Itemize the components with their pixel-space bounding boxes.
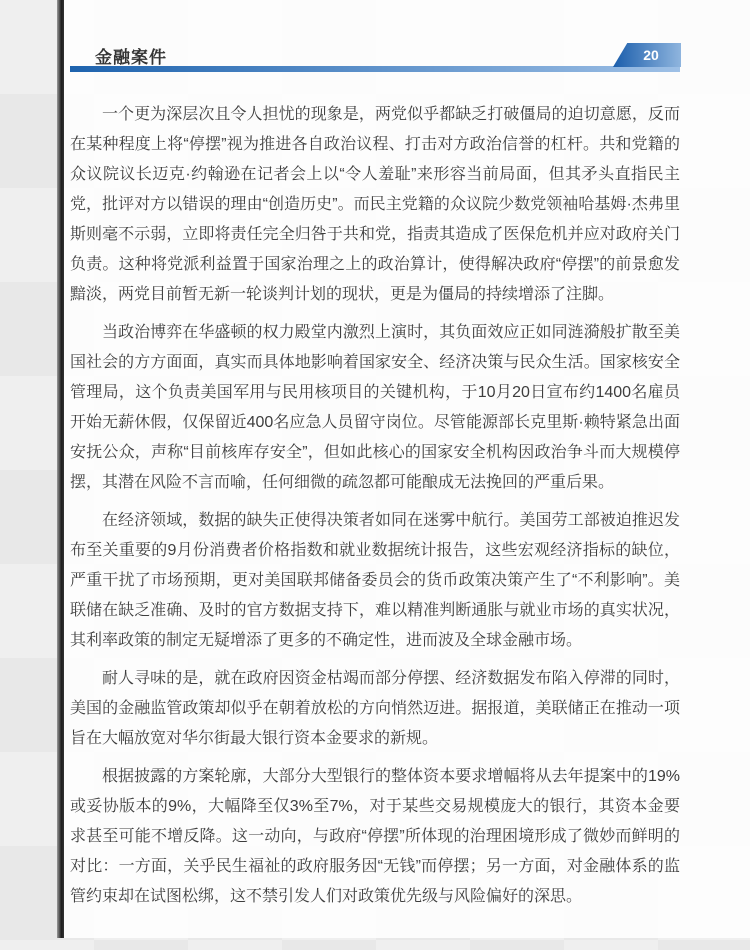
- paragraph: 在经济领域，数据的缺失正使得决策者如同在迷雾中航行。美国劳工部被迫推迟发布至关重…: [70, 506, 680, 656]
- paragraph: 当政治博弈在华盛顿的权力殿堂内激烈上演时，其负面效应正如同涟漪般扩散至美国社会的…: [70, 318, 680, 498]
- paragraph: 耐人寻味的是，就在政府因资金枯竭而部分停摆、经济数据发布陷入停滞的同时，美国的金…: [70, 664, 680, 754]
- page-spine-shadow: [57, 0, 64, 938]
- page-number: 20: [643, 47, 659, 63]
- paragraph: 根据披露的方案轮廓，大部分大型银行的整体资本要求增幅将从去年提案中的19%或妥协…: [70, 762, 680, 912]
- header-divider-rule: [70, 66, 680, 72]
- article-body: 一个更为深层次且令人担忧的现象是，两党似乎都缺乏打破僵局的迫切意愿，反而在某种程…: [70, 100, 680, 920]
- document-page: 金融案件 20 一个更为深层次且令人担忧的现象是，两党似乎都缺乏打破僵局的迫切意…: [64, 0, 750, 938]
- document-background: 金融案件 20 一个更为深层次且令人担忧的现象是，两党似乎都缺乏打破僵局的迫切意…: [0, 0, 750, 950]
- page-header-title: 金融案件: [95, 43, 167, 68]
- page-number-badge: 20: [613, 43, 681, 67]
- paragraph: 一个更为深层次且令人担忧的现象是，两党似乎都缺乏打破僵局的迫切意愿，反而在某种程…: [70, 100, 680, 310]
